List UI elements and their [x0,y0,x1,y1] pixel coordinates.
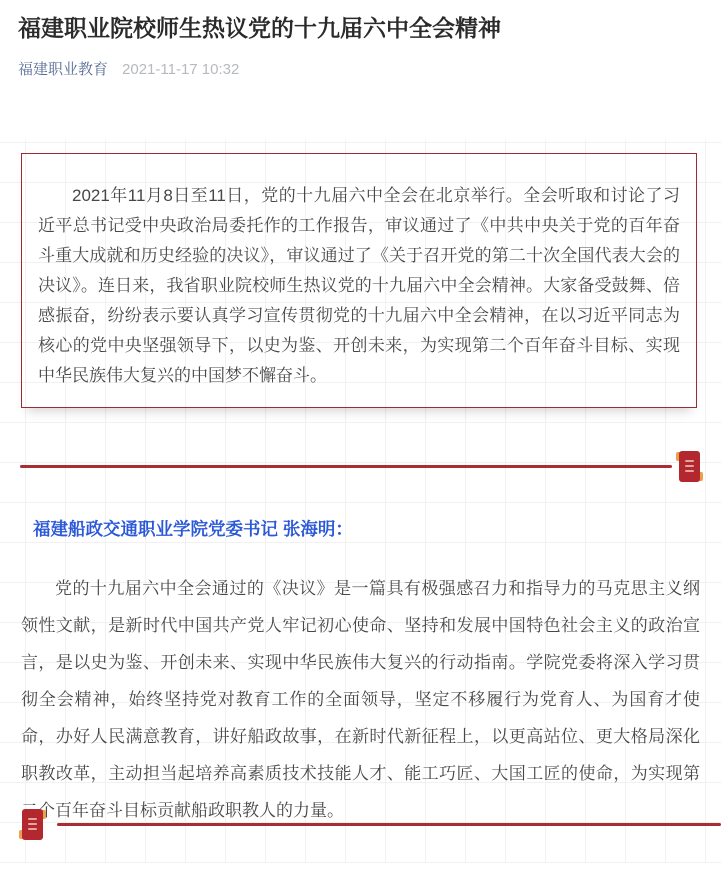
divider-line [57,823,721,826]
article-page: 福建职业院校师生热议党的十九届六中全会精神 福建职业教育 2021-11-17 … [0,0,721,878]
account-name-link[interactable]: 福建职业教育 [18,60,108,80]
scroll-text-line [685,460,694,462]
lead-paragraph: 2021年11月8日至11日，党的十九届六中全会在北京举行。全会听取和讨论了习近… [38,181,680,391]
section-heading: 福建船政交通职业学院党委书记 张海明： [33,517,673,541]
scroll-icon [22,809,43,840]
article-body-grid-background: 2021年11月8日至11日，党的十九届六中全会在北京举行。全会听取和讨论了习近… [0,140,721,863]
scroll-text-line [28,828,37,830]
scroll-text-line [28,823,37,825]
publish-time: 2021-11-17 10:32 [122,60,239,80]
divider-line [20,465,672,468]
lead-paragraph-box: 2021年11月8日至11日，党的十九届六中全会在北京举行。全会听取和讨论了习近… [21,153,697,408]
section-paragraph: 党的十九届六中全会通过的《决议》是一篇具有极强感召力和指导力的马克思主义纲领性文… [21,570,700,829]
scroll-icon [679,451,700,482]
scroll-text-line [685,470,694,472]
byline: 福建职业教育 2021-11-17 10:32 [18,60,618,80]
scroll-text-line [28,818,37,820]
page-title: 福建职业院校师生热议党的十九届六中全会精神 [18,12,710,44]
scroll-text-line [685,465,694,467]
